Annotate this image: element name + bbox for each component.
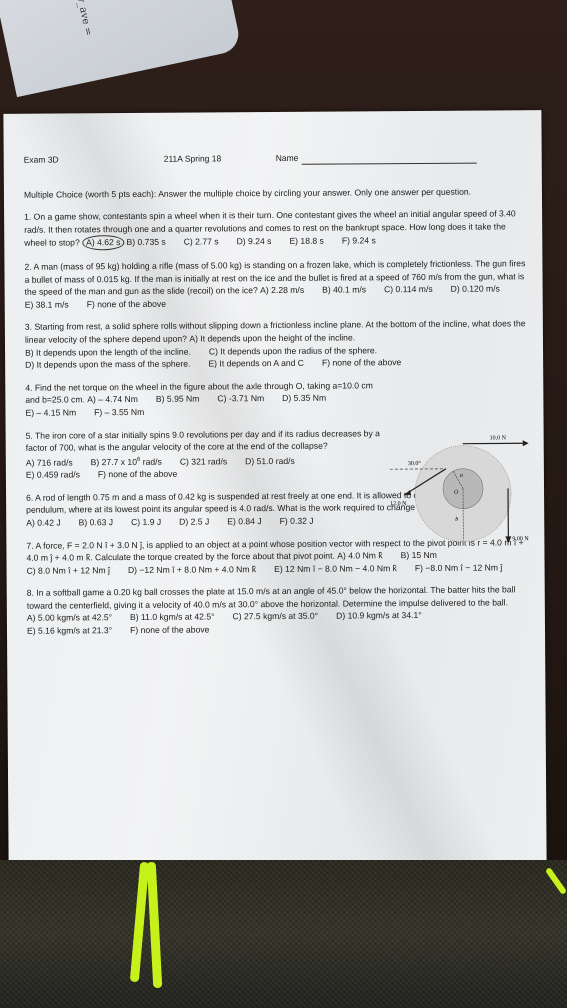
- svg-text:9.00 N: 9.00 N: [512, 536, 529, 542]
- answer-option[interactable]: D) 9.24 s: [237, 235, 272, 248]
- answer-option[interactable]: B) 15 Nm: [401, 549, 437, 562]
- answer-option[interactable]: C) 321 rad/s: [180, 455, 227, 468]
- answer-option[interactable]: A) 2.28 m/s: [260, 284, 304, 297]
- answer-option[interactable]: F) none of the above: [130, 624, 209, 637]
- answer-option[interactable]: C) 0.114 m/s: [384, 283, 433, 296]
- answer-option[interactable]: C) 2.77 s: [184, 236, 219, 249]
- answer-option[interactable]: C) 8.0 Nm î + 12 Nm ĵ: [27, 564, 110, 577]
- answer-option[interactable]: F) none of the above: [322, 356, 401, 369]
- answer-option[interactable]: B) 27.7 x 106 rad/s: [91, 453, 162, 468]
- svg-text:b: b: [455, 517, 458, 523]
- wheel-diagram: 10.0 N 12.0 N 30.0° 9.00 N a b O: [388, 428, 539, 549]
- answer-option[interactable]: A) – 4.74 Nm: [87, 393, 138, 406]
- answer-option[interactable]: E) It depends on A and C: [208, 357, 304, 370]
- question-8: 8. In a softball game a 0.20 kg ball cro…: [27, 584, 532, 638]
- answer-option[interactable]: A) It depends upon the height of the inc…: [189, 331, 355, 345]
- exam-title: Exam 3D: [24, 153, 164, 167]
- svg-text:O: O: [454, 490, 459, 496]
- course-label: 211A Spring 18: [164, 152, 276, 165]
- question-text: 8. In a softball game a 0.20 kg ball cro…: [27, 585, 516, 611]
- svg-text:30.0°: 30.0°: [408, 460, 422, 467]
- answer-option[interactable]: B) 0.63 J: [79, 516, 113, 529]
- answer-option[interactable]: B) It depends upon the length of the inc…: [25, 345, 191, 359]
- answer-option[interactable]: A) 5.00 kgm/s at 42.5°: [27, 612, 112, 625]
- svg-text:a: a: [460, 473, 463, 479]
- answer-option[interactable]: E) 38.1 m/s: [25, 298, 69, 311]
- question-5: 5. The iron core of a star initially spi…: [26, 427, 381, 482]
- answer-option[interactable]: A) 4.62 s: [82, 235, 125, 250]
- fabric-background: [0, 860, 567, 1008]
- answer-option[interactable]: F) −8.0 Nm î − 12 Nm ĵ: [415, 561, 502, 574]
- svg-text:12.0 N: 12.0 N: [390, 501, 407, 507]
- answer-option[interactable]: C) 1.9 J: [131, 516, 161, 529]
- name-field[interactable]: [301, 152, 476, 164]
- answer-option[interactable]: B) 40.1 m/s: [322, 284, 366, 297]
- answer-option[interactable]: E) 5.16 kgm/s at 21.3°: [27, 624, 112, 637]
- answer-option[interactable]: D) 0.120 m/s: [451, 283, 500, 296]
- question-3: 3. Starting from rest, a solid sphere ro…: [25, 318, 530, 372]
- answer-option[interactable]: B) 5.95 Nm: [156, 393, 200, 406]
- answer-option[interactable]: B) 0.735 s: [126, 236, 165, 249]
- answer-option[interactable]: D) 2.5 J: [179, 515, 209, 528]
- answer-option[interactable]: F) none of the above: [98, 468, 177, 481]
- answer-option[interactable]: C) -3.71 Nm: [217, 392, 264, 405]
- answer-option[interactable]: D) 10.9 kgm/s at 34.1°: [336, 609, 422, 622]
- question-text: 5. The iron core of a star initially spi…: [26, 428, 380, 453]
- answer-option[interactable]: F) 0.32 J: [280, 515, 314, 528]
- answer-option[interactable]: E) – 4.15 Nm: [25, 406, 76, 419]
- question-1: 1. On a game show, contestants spin a wh…: [24, 207, 529, 250]
- answer-option[interactable]: F) – 3.55 Nm: [94, 406, 144, 419]
- name-label: Name: [276, 152, 299, 165]
- answer-option[interactable]: D) −12 Nm î + 8.0 Nm + 4.0 Nm k̂: [128, 563, 256, 576]
- answer-option[interactable]: E) 12 Nm î − 8.0 Nm − 4.0 Nm k̂: [274, 562, 397, 575]
- exam-header: Exam 3D 211A Spring 18 Name: [24, 150, 529, 166]
- answer-option[interactable]: F) 9.24 s: [342, 235, 376, 248]
- answer-option[interactable]: C) It depends upon the radius of the sph…: [209, 344, 377, 358]
- question-list: 1. On a game show, contestants spin a wh…: [24, 207, 532, 637]
- svg-text:10.0 N: 10.0 N: [490, 435, 507, 441]
- question-2: 2. A man (mass of 95 kg) holding a rifle…: [24, 257, 529, 311]
- instructions: Multiple Choice (worth 5 pts each): Answ…: [24, 185, 529, 201]
- exam-content: Exam 3D 211A Spring 18 Name Multiple Cho…: [24, 150, 532, 647]
- answer-option[interactable]: A) 4.0 Nm k̂: [337, 549, 382, 562]
- wheel-figure: 10.0 N 12.0 N 30.0° 9.00 N a b O: [388, 428, 539, 549]
- answer-option[interactable]: E) 0.84 J: [227, 515, 261, 528]
- answer-option[interactable]: D) 51.0 rad/s: [245, 454, 295, 467]
- question-4: 4. Find the net torque on the wheel in t…: [25, 379, 380, 419]
- scrawl-vave: v_ave =: [75, 0, 94, 37]
- answer-option[interactable]: C) 27.5 kgm/s at 35.0°: [232, 610, 318, 623]
- answer-option[interactable]: E) 18.8 s: [289, 235, 323, 248]
- answer-option[interactable]: A) 0.42 J: [26, 516, 60, 529]
- answer-option[interactable]: A) 716 rad/s: [26, 456, 73, 469]
- answer-option[interactable]: B) 11.0 kgm/s at 42.5°: [130, 611, 215, 624]
- answer-option[interactable]: D) 5.35 Nm: [282, 392, 326, 405]
- answer-option[interactable]: D) It depends upon the mass of the spher…: [25, 358, 190, 372]
- answer-option[interactable]: F) none of the above: [87, 298, 166, 311]
- answer-option[interactable]: E) 0.459 rad/s: [26, 469, 80, 482]
- exam-page: Exam 3D 211A Spring 18 Name Multiple Cho…: [3, 110, 546, 864]
